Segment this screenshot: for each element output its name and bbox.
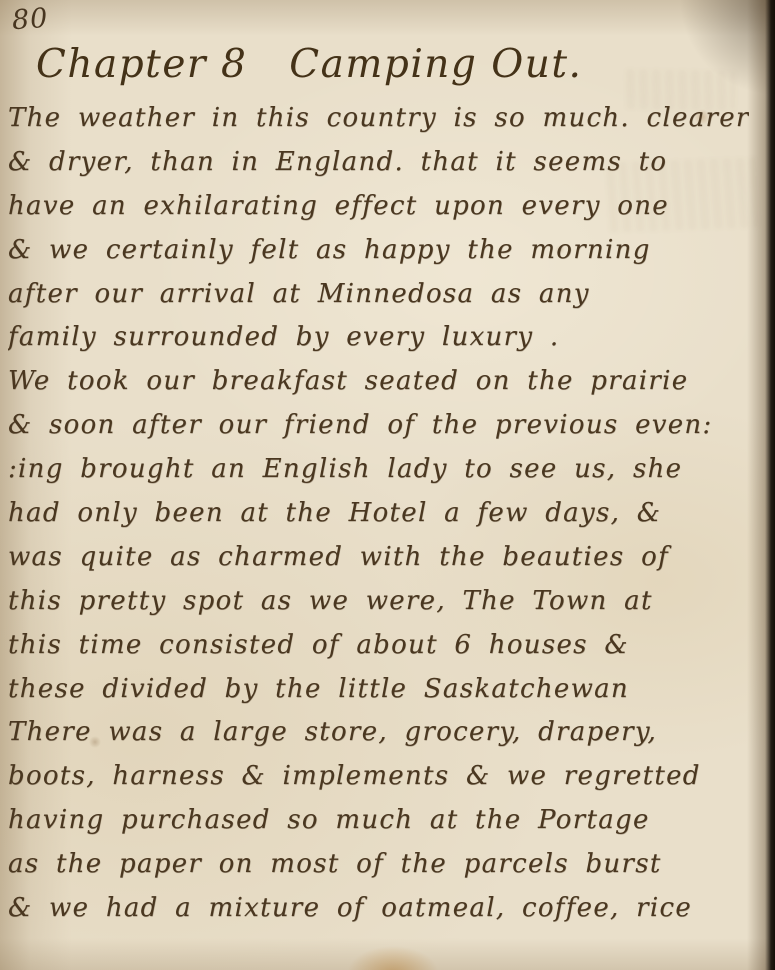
- chapter-title: Camping Out.: [289, 42, 582, 87]
- manuscript-line: these divided by the little Saskatchewan: [8, 668, 749, 712]
- manuscript-line: boots, harness & implements & we regrett…: [8, 755, 749, 799]
- manuscript-line: had only been at the Hotel a few days, &: [8, 492, 749, 536]
- manuscript-line: this pretty spot as we were, The Town at: [8, 580, 749, 624]
- manuscript-line: was quite as charmed with the beauties o…: [8, 536, 749, 580]
- manuscript-line: :ing brought an English lady to see us, …: [8, 448, 749, 492]
- manuscript-line: having purchased so much at the Portage: [8, 799, 749, 843]
- manuscript-body: The weather in this country is so much. …: [8, 97, 749, 931]
- manuscript-page: 80 Chapter 8 Camping Out. The weather in…: [0, 0, 775, 970]
- manuscript-line: this time consisted of about 6 houses &: [8, 624, 749, 668]
- chapter-number-label: Chapter 8: [36, 42, 247, 87]
- page-number: 80: [11, 3, 49, 36]
- manuscript-line: have an exhilarating effect upon every o…: [8, 185, 749, 229]
- manuscript-line: We took our breakfast seated on the prai…: [8, 360, 749, 404]
- manuscript-line: & dryer, than in England. that it seems …: [8, 141, 749, 185]
- manuscript-line: family surrounded by every luxury .: [8, 316, 749, 360]
- manuscript-line: & we certainly felt as happy the morning: [8, 229, 749, 273]
- manuscript-line: The weather in this country is so much. …: [8, 97, 749, 141]
- manuscript-line: as the paper on most of the parcels burs…: [8, 843, 749, 887]
- manuscript-line: after our arrival at Minnedosa as any: [8, 273, 749, 317]
- manuscript-line: There was a large store, grocery, draper…: [8, 711, 749, 755]
- manuscript-line: & soon after our friend of the previous …: [8, 404, 749, 448]
- chapter-heading: Chapter 8 Camping Out.: [36, 42, 582, 87]
- manuscript-line: & we had a mixture of oatmeal, coffee, r…: [8, 887, 749, 931]
